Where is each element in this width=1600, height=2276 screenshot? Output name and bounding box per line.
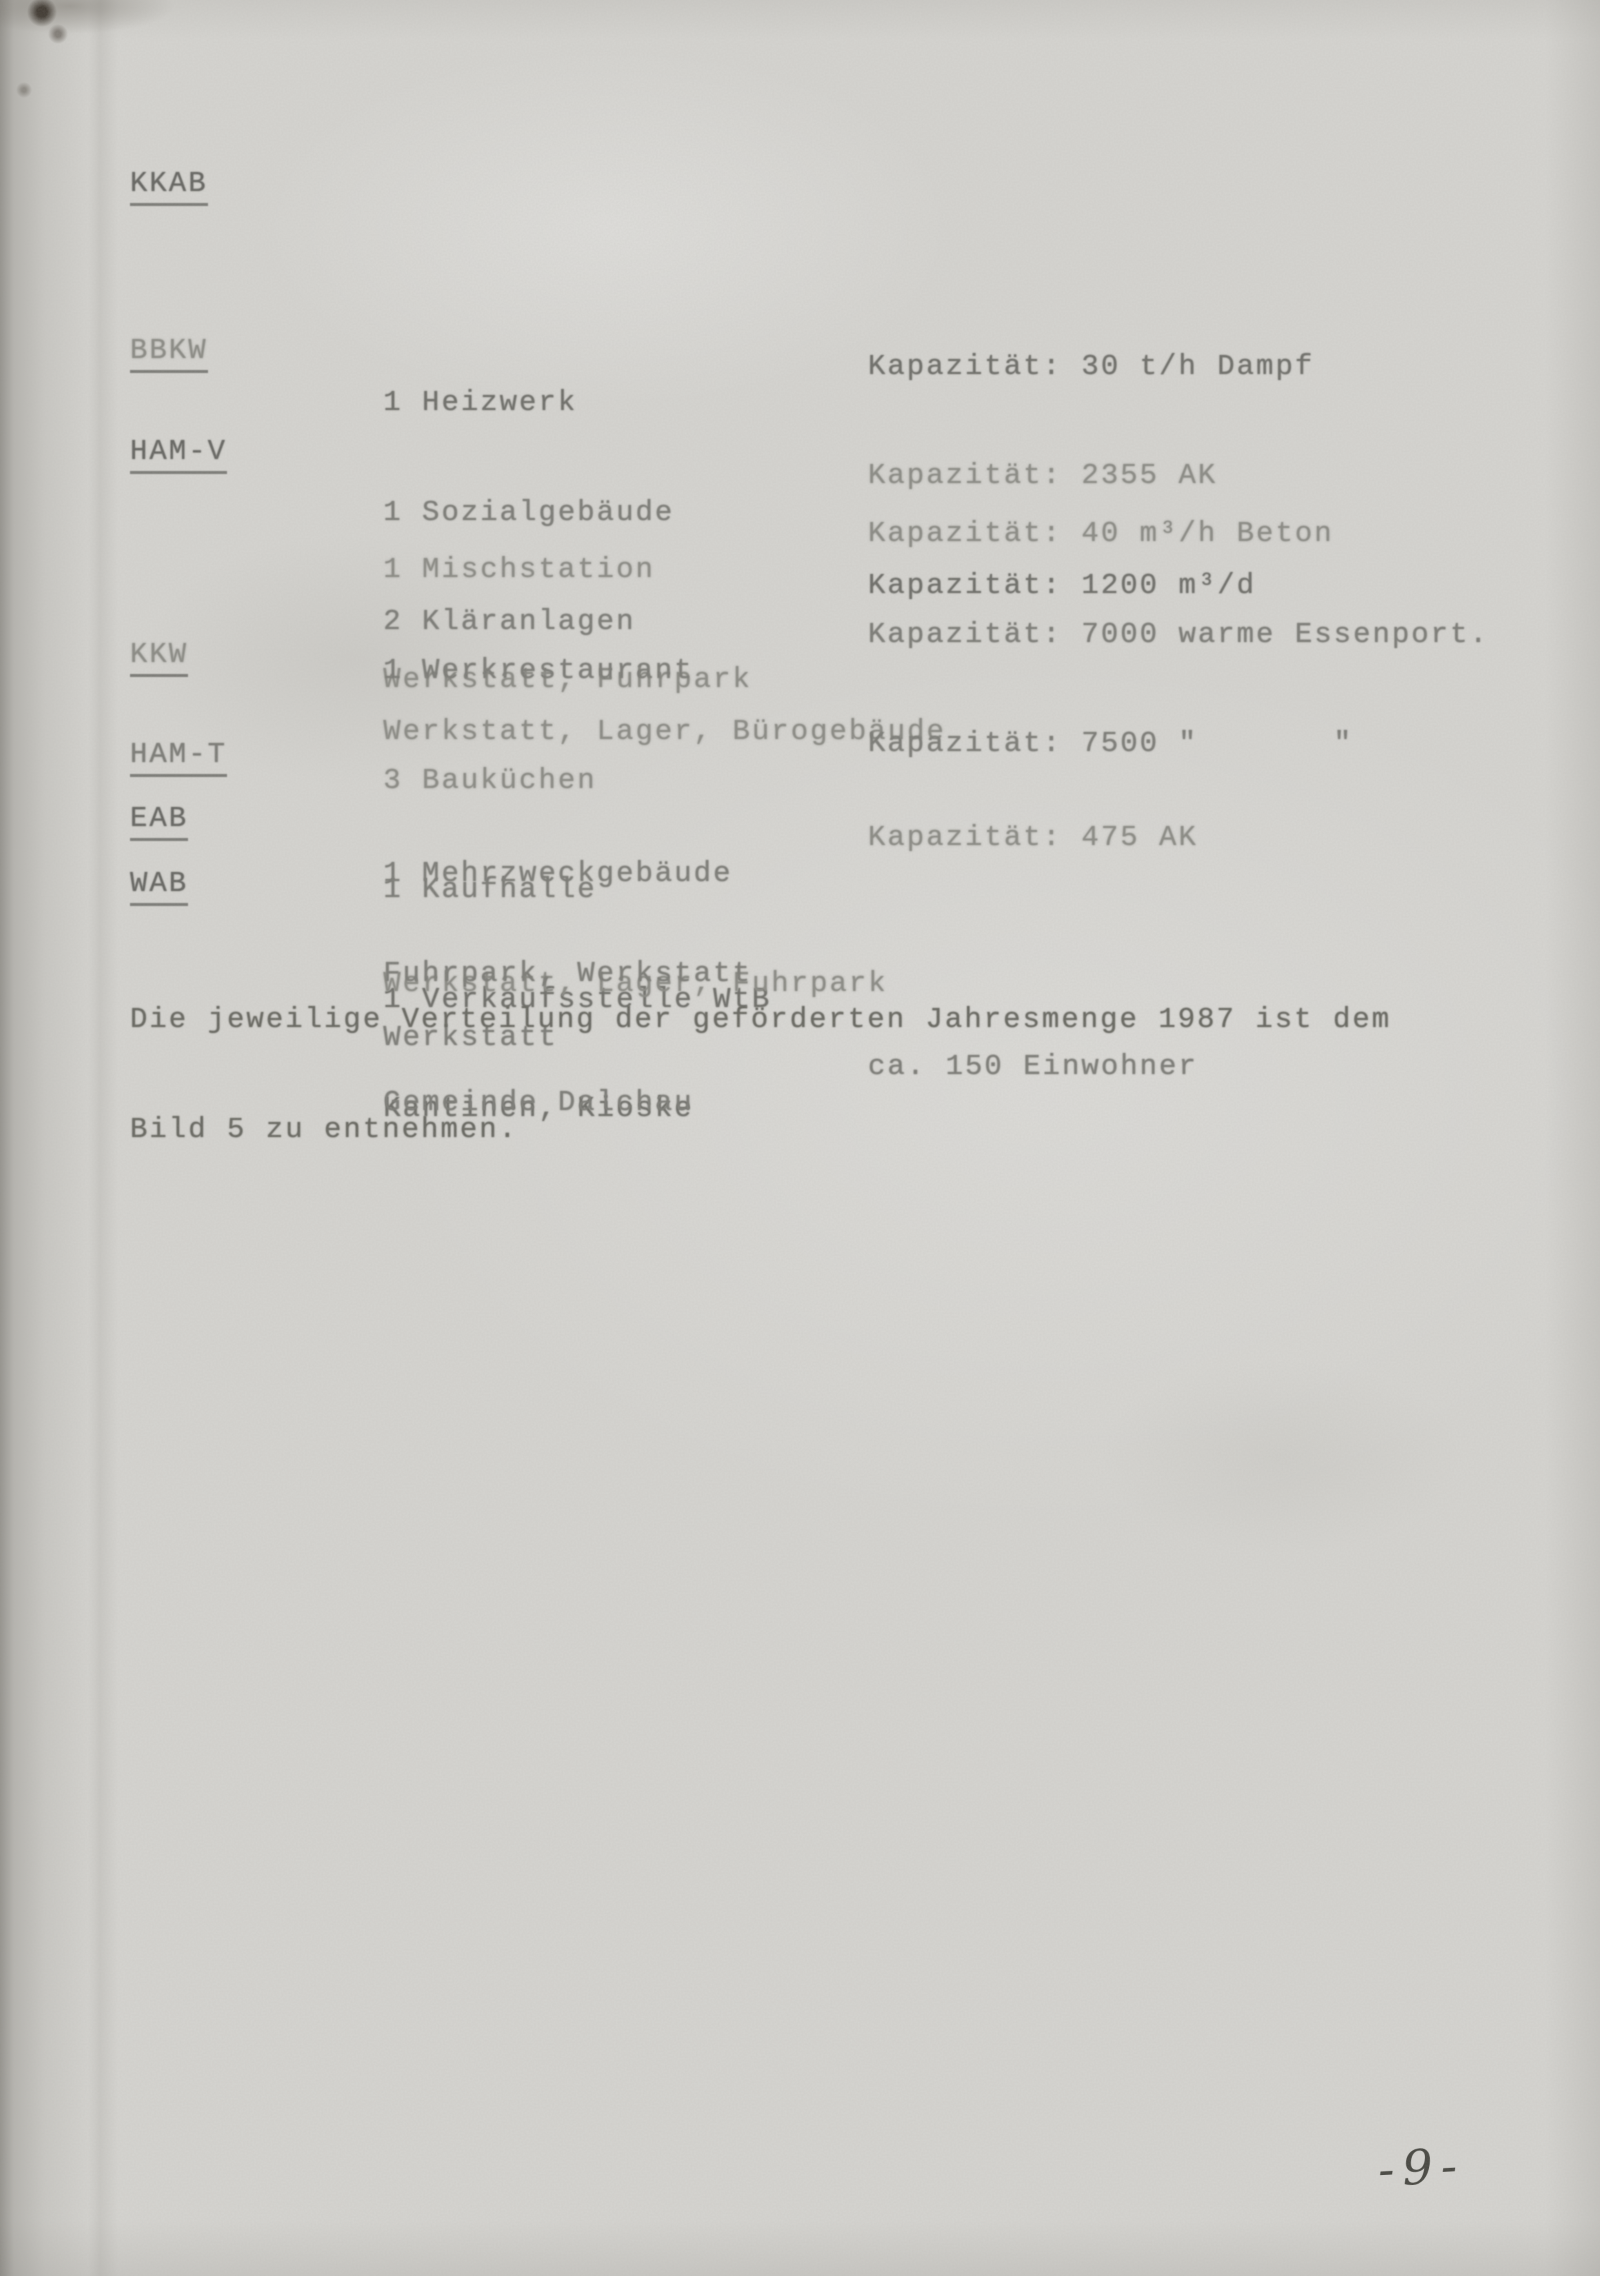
org-label-bbkw: BBKW [130,333,208,373]
closing-line-1: Die jeweilige Verteilung der geförderten… [130,1002,1391,1039]
scanned-document-page: KKAB 1 Heizwerk Kapazität: 30 t/h Dampf … [0,0,1600,2276]
org-label-kkab: KKAB [130,166,208,206]
org-label-ham-v: HAM-V [130,434,227,474]
closing-line-2: Bild 5 zu entnehmen. [130,1112,1391,1149]
org-label-eab: EAB [130,801,188,841]
org-label-kkw: KKW [130,637,188,677]
handwritten-page-number: -9- [1377,2138,1467,2198]
org-label-wab: WAB [130,866,188,906]
org-label-ham-t: HAM-T [130,737,227,777]
closing-paragraph: Die jeweilige Verteilung der geförderten… [130,929,1391,1221]
